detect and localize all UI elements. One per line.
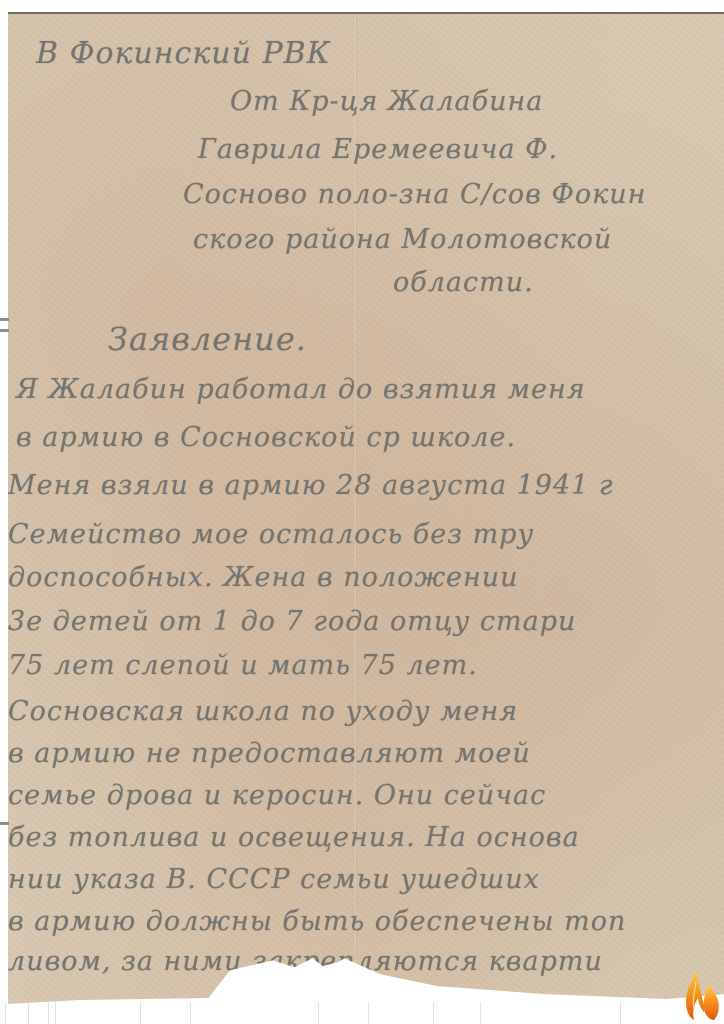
scan-background-lines: [0, 1002, 724, 1024]
scan-edge-mark: [0, 329, 9, 332]
header-address-2: ского района Молотовской: [193, 224, 612, 255]
body-line: семье дрова и керосин. Они сейчас: [8, 780, 546, 811]
body-line: Семейство мое осталось без тру: [8, 519, 534, 550]
body-line: нии указа В. СССР семьи ушедших: [8, 864, 540, 895]
body-line: в армию не предоставляют моей: [8, 738, 531, 769]
flame-icon: [682, 968, 722, 1022]
header-name: Гаврила Еремеевича Ф.: [198, 134, 558, 165]
body-line: ливом, за ними закрепляются кварти: [8, 946, 603, 977]
scan-edge-mark: [0, 318, 9, 321]
body-line: в армию в Сосновской ср школе.: [16, 422, 516, 453]
header-from: От Кр-ця Жалабина: [230, 86, 543, 117]
body-line: 75 лет слепой и мать 75 лет.: [8, 650, 478, 681]
body-line: в армию должны быть обеспечены топ: [8, 906, 626, 937]
body-line: Меня взяли в армию 28 августа 1941 г: [8, 470, 614, 501]
body-line: Сосновская школа по уходу меня: [8, 696, 518, 727]
header-addressee: В Фокинский РВК: [36, 36, 331, 71]
header-address-1: Сосново поло-зна С/сов Фокин: [183, 179, 646, 210]
document-title: Заявление.: [108, 320, 307, 358]
header-address-3: области.: [393, 267, 534, 298]
scan-edge-mark: [0, 822, 9, 825]
body-line: без топлива и освещения. На основа: [8, 822, 580, 853]
body-line: 3е детей от 1 до 7 года отцу стари: [8, 606, 576, 637]
body-line: доспособных. Жена в положении: [8, 562, 519, 593]
document-paper: В Фокинский РВК От Кр-ця Жалабина Гаврил…: [8, 12, 724, 1004]
body-line: Я Жалабин работал до взятия меня: [16, 374, 586, 405]
